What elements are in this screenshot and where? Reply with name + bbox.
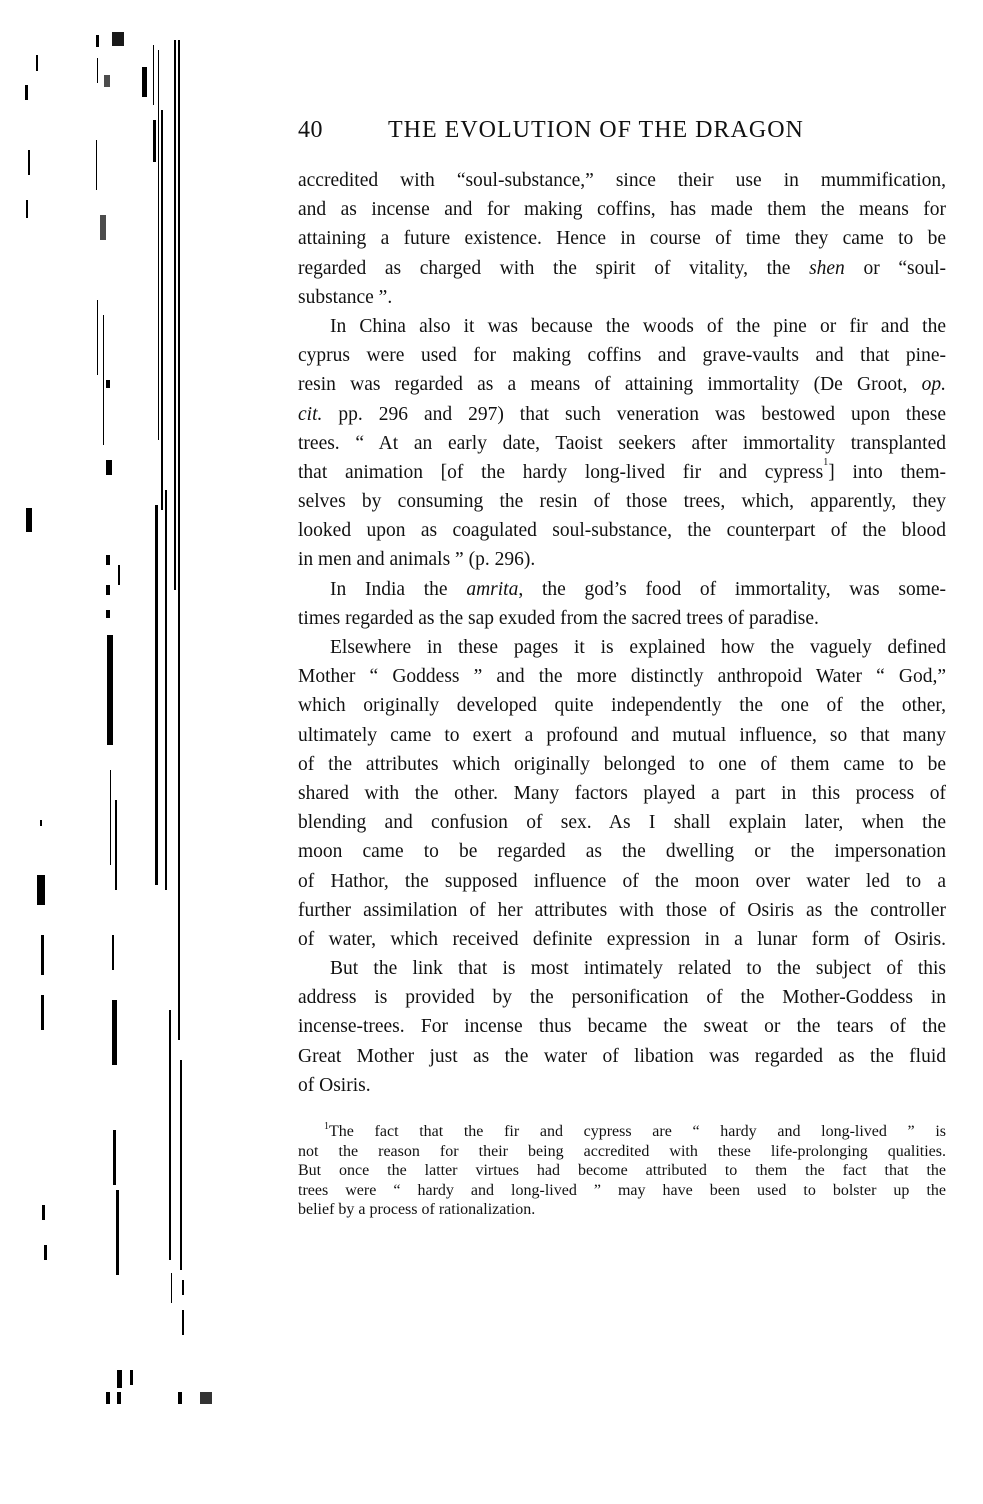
footnote-line: not the reason for their being accredite…	[298, 1142, 946, 1162]
text-line: shared with the other. Many factors play…	[298, 779, 946, 808]
text-line: But the link that is most intimately rel…	[298, 954, 946, 983]
text-line: attaining a future existence. Hence in c…	[298, 224, 946, 253]
footnote-line: 1The fact that the fir and cypress are “…	[298, 1122, 946, 1142]
paragraph: In India the amrita, the god’s food of i…	[298, 575, 946, 633]
text-span: , the god’s food of immortality, was som…	[518, 579, 946, 600]
text-line: selves by consuming the resin of those t…	[298, 487, 946, 516]
text-line: trees. “ At an early date, Taoist seeker…	[298, 429, 946, 458]
text-line: further assimilation of her attributes w…	[298, 896, 946, 925]
running-title: THE EVOLUTION OF THE DRAGON	[388, 117, 804, 144]
paragraph: But the link that is most intimately rel…	[298, 954, 946, 1100]
text-line: Great Mother just as the water of libati…	[298, 1042, 946, 1071]
text-line: times regarded as the sap exuded from th…	[298, 604, 946, 633]
text-line: blending and confusion of sex. As I shal…	[298, 808, 946, 837]
paragraph: accredited with “soul-substance,” since …	[298, 166, 946, 312]
text-line: of water, which received definite expres…	[298, 925, 946, 954]
body-text: accredited with “soul-substance,” since …	[298, 166, 946, 1100]
text-span: or “soul-	[863, 258, 946, 279]
footnote-line: But once the latter virtues had become a…	[298, 1161, 946, 1181]
text-line: moon came to be regarded as the dwelling…	[298, 837, 946, 866]
text-span: that animation [of the hardy long-lived …	[298, 462, 823, 483]
text-line: resin was regarded as a means of attaini…	[298, 370, 946, 399]
text-line: Elsewhere in these pages it is explained…	[298, 633, 946, 662]
running-header: 40 THE EVOLUTION OF THE DRAGON	[298, 117, 948, 149]
text-line: of Hathor, the supposed influence of the…	[298, 867, 946, 896]
text-span: In India the	[330, 579, 448, 600]
text-line: substance ”.	[298, 283, 946, 312]
text-span: regarded as charged with the spirit of v…	[298, 258, 790, 279]
page-number: 40	[298, 117, 323, 144]
text-span: pp. 296 and 297) that such veneration wa…	[338, 404, 946, 425]
italic-term: cit.	[298, 404, 322, 425]
text-line: ultimately came to exert a profound and …	[298, 721, 946, 750]
footnote-line: trees were “ hardy and long-lived ” may …	[298, 1181, 946, 1201]
text-line: accredited with “soul-substance,” since …	[298, 166, 946, 195]
text-line: and as incense and for making coffins, h…	[298, 195, 946, 224]
text-line: In India the amrita, the god’s food of i…	[298, 575, 946, 604]
text-line: In China also it was because the woods o…	[298, 312, 946, 341]
text-line: in men and animals ” (p. 296).	[298, 545, 946, 574]
text-line: address is provided by the personificati…	[298, 983, 946, 1012]
italic-term: shen	[809, 258, 845, 279]
paragraph: Elsewhere in these pages it is explained…	[298, 633, 946, 954]
text-span: ] into them-	[828, 462, 946, 483]
italic-term: amrita	[466, 579, 518, 600]
text-line: Mother “ Goddess ” and the more distinct…	[298, 662, 946, 691]
text-line: which originally developed quite indepen…	[298, 691, 946, 720]
text-line: regarded as charged with the spirit of v…	[298, 254, 946, 283]
text-line: cit. pp. 296 and 297) that such venerati…	[298, 400, 946, 429]
text-line: looked upon as coagulated soul-substance…	[298, 516, 946, 545]
text-span: The fact that the fir and cypress are “ …	[329, 1123, 946, 1140]
text-line: of the attributes which originally belon…	[298, 750, 946, 779]
book-page: 40 THE EVOLUTION OF THE DRAGON accredite…	[0, 0, 983, 1504]
footnote-line: belief by a process of rationalization.	[298, 1200, 946, 1220]
text-line: cyprus were used for making coffins and …	[298, 341, 946, 370]
footnote: 1The fact that the fir and cypress are “…	[298, 1122, 946, 1220]
text-line: of Osiris.	[298, 1071, 946, 1100]
text-line: that animation [of the hardy long-lived …	[298, 458, 946, 487]
text-line: incense-trees. For incense thus became t…	[298, 1012, 946, 1041]
paragraph: In China also it was because the woods o…	[298, 312, 946, 575]
text-span: resin was regarded as a means of attaini…	[298, 374, 907, 395]
italic-term: op.	[922, 374, 946, 395]
